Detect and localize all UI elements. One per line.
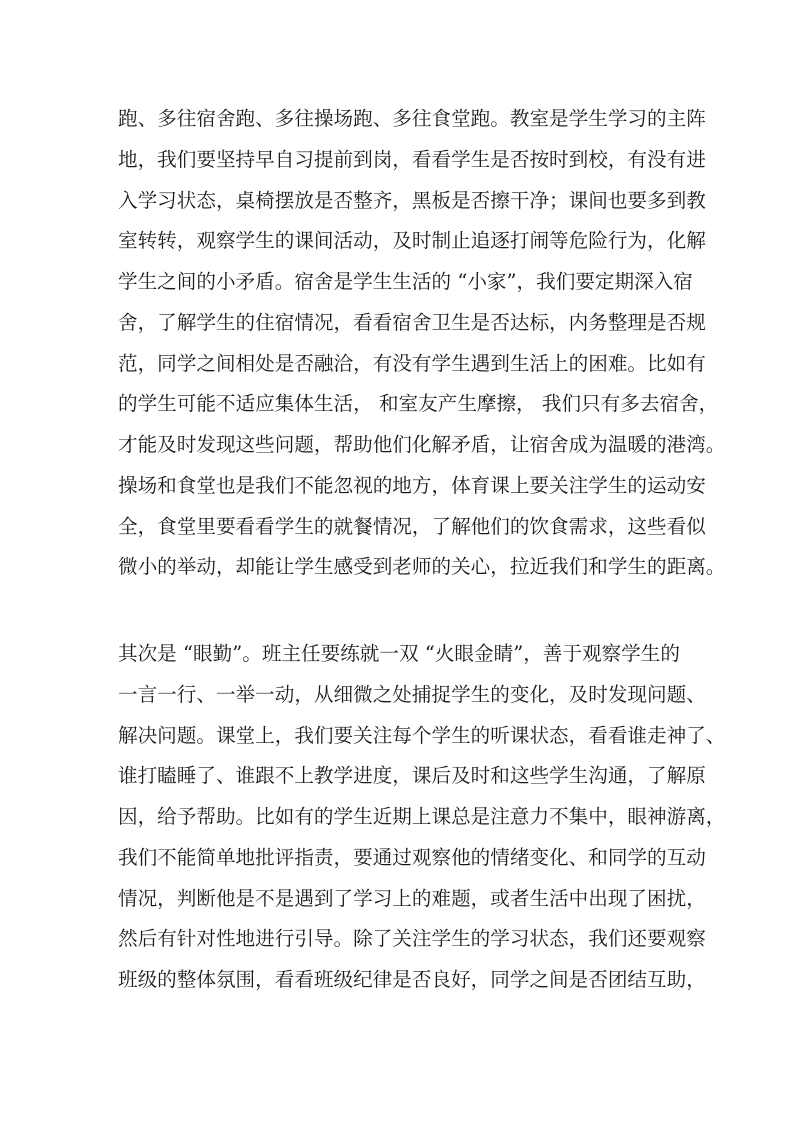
text-line: 舍，了解学生的住宿情况，看看宿舍卫生是否达标，内务整理是否规 — [118, 303, 678, 344]
text-line: 其次是 “眼勤”。班主任要练就一双 “火眼金睛”，善于观察学生的 — [118, 634, 678, 675]
paragraph-2: 其次是 “眼勤”。班主任要练就一双 “火眼金睛”，善于观察学生的 一言一行、一举… — [118, 634, 678, 1001]
text-line: 一言一行、一举一动，从细微之处捕捉学生的变化，及时发现问题、 — [118, 675, 678, 716]
text-line: 范，同学之间相处是否融洽，有没有学生遇到生活上的困难。比如有 — [118, 344, 678, 385]
text-line: 因，给予帮助。比如有的学生近期上课总是注意力不集中，眼神游离， — [118, 797, 678, 838]
text-line: 学生之间的小矛盾。宿舍是学生生活的 “小家”，我们要定期深入宿 — [118, 262, 678, 303]
text-line: 我们不能简单地批评指责，要通过观察他的情绪变化、和同学的互动 — [118, 838, 678, 879]
text-line: 跑、多往宿舍跑、多往操场跑、多往食堂跑。教室是学生学习的主阵 — [118, 99, 678, 140]
document-page: 跑、多往宿舍跑、多往操场跑、多往食堂跑。教室是学生学习的主阵 地，我们要坚持早自… — [118, 99, 678, 1001]
text-line: 然后有针对性地进行引导。除了关注学生的学习状态，我们还要观察 — [118, 919, 678, 960]
paragraph-spacer — [118, 588, 678, 634]
text-line: 班级的整体氛围，看看班级纪律是否良好，同学之间是否团结互助， — [118, 960, 678, 1001]
text-line: 解决问题。课堂上，我们要关注每个学生的听课状态，看看谁走神了、 — [118, 716, 678, 757]
text-line: 才能及时发现这些问题，帮助他们化解矛盾，让宿舍成为温暖的港湾。 — [118, 425, 678, 466]
text-line: 入学习状态，桌椅摆放是否整齐，黑板是否擦干净；课间也要多到教 — [118, 181, 678, 222]
paragraph-1: 跑、多往宿舍跑、多往操场跑、多往食堂跑。教室是学生学习的主阵 地，我们要坚持早自… — [118, 99, 678, 588]
text-line: 操场和食堂也是我们不能忽视的地方，体育课上要关注学生的运动安 — [118, 466, 678, 507]
text-line: 谁打瞌睡了、谁跟不上教学进度，课后及时和这些学生沟通，了解原 — [118, 756, 678, 797]
text-line: 微小的举动，却能让学生感受到老师的关心，拉近我们和学生的距离。 — [118, 547, 678, 588]
text-line: 室转转，观察学生的课间活动，及时制止追逐打闹等危险行为，化解 — [118, 221, 678, 262]
text-line: 情况，判断他是不是遇到了学习上的难题，或者生活中出现了困扰， — [118, 879, 678, 920]
text-line: 地，我们要坚持早自习提前到岗，看看学生是否按时到校，有没有进 — [118, 140, 678, 181]
text-line: 的学生可能不适应集体生活， 和室友产生摩擦， 我们只有多去宿舍， — [118, 384, 678, 425]
text-line: 全，食堂里要看看学生的就餐情况，了解他们的饮食需求，这些看似 — [118, 507, 678, 548]
